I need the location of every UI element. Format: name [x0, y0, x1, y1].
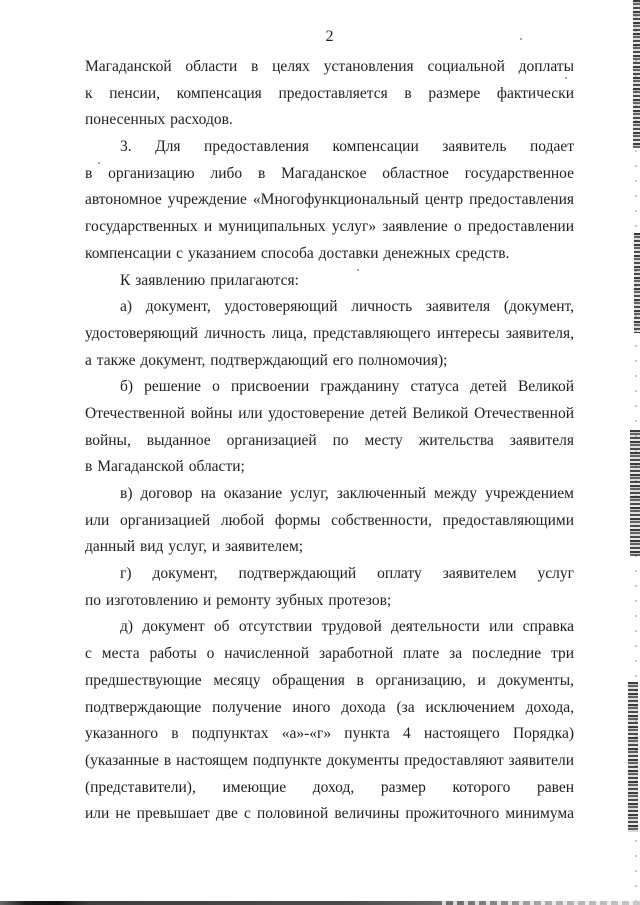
paragraph: а) документ, удостоверяющий личность зая… [85, 294, 574, 374]
text-line: в организацию либо в Магаданское областн… [85, 161, 574, 188]
text-line: (указанные в настоящем подпункте докумен… [85, 748, 574, 775]
text-line: подтверждающие получение иного дохода (з… [85, 695, 574, 722]
text-line: а также документ, подтверждающий его пол… [85, 348, 574, 375]
text-line: К заявлению прилагаются: [85, 268, 574, 295]
text-line: удостоверяющий личность лица, представля… [85, 321, 574, 348]
text-line: государственных и муниципальных услуг» з… [85, 214, 574, 241]
text-line: предшествующие месяцу обращения в органи… [85, 668, 574, 695]
scan-speck [565, 77, 567, 79]
text-line: в Магаданской области; [85, 454, 574, 481]
page-number: 2 [85, 28, 574, 46]
text-line: б) решение о присвоении гражданину стату… [85, 374, 574, 401]
paragraph: 3. Для предоставления компенсации заявит… [85, 134, 574, 267]
paragraph: д) документ об отсутствии трудовой деяте… [85, 614, 574, 828]
document-page: 2 Магаданской области в целях установлен… [0, 0, 640, 905]
text-line: понесенных расходов. [85, 107, 574, 134]
text-line: а) документ, удостоверяющий личность зая… [85, 294, 574, 321]
scan-artifact-right-band-1 [633, 0, 640, 148]
scan-artifact-right-band-2 [634, 233, 640, 333]
text-line: указанного в подпунктах «а»-«г» пункта 4… [85, 721, 574, 748]
text-line: автономное учреждение «Многофункциональн… [85, 187, 574, 214]
text-line: с места работы о начисленной заработной … [85, 641, 574, 668]
scan-artifact-right-band-3 [630, 430, 640, 556]
paragraph: б) решение о присвоении гражданину стату… [85, 374, 574, 481]
text-line: г) документ, подтверждающий оплату заяви… [85, 561, 574, 588]
paragraph: К заявлению прилагаются: [85, 268, 574, 295]
text-line: Отечественной войны или удостоверение де… [85, 401, 574, 428]
text-line: или не превышает две с половиной величин… [85, 801, 574, 828]
text-line: данный вид услуг, и заявителем; [85, 534, 574, 561]
scan-speck [520, 38, 522, 40]
text-line: (представители), имеющие доход, размер к… [85, 775, 574, 802]
paragraph: Магаданской области в целях установления… [85, 54, 574, 134]
text-line: в) договор на оказание услуг, заключенны… [85, 481, 574, 508]
paragraph: г) документ, подтверждающий оплату заяви… [85, 561, 574, 614]
text-line: по изготовлению и ремонту зубных протезо… [85, 588, 574, 615]
scan-speck [231, 147, 233, 149]
scan-speck [357, 269, 359, 271]
paragraph: в) договор на оказание услуг, заключенны… [85, 481, 574, 561]
document-body: Магаданской области в целях установления… [85, 54, 574, 828]
text-line: д) документ об отсутствии трудовой деяте… [85, 614, 574, 641]
text-line: компенсации с указанием способа доставки… [85, 241, 574, 268]
text-line: к пенсии, компенсация предоставляется в … [85, 81, 574, 108]
scan-artifact-bottom-edge [0, 901, 640, 905]
scan-artifact-right-band-4 [628, 682, 638, 832]
text-line: или организацией любой формы собственнос… [85, 508, 574, 535]
text-line: войны, выданное организацией по месту жи… [85, 428, 574, 455]
text-line: Магаданской области в целях установления… [85, 54, 574, 81]
text-line: 3. Для предоставления компенсации заявит… [85, 134, 574, 161]
scan-speck [98, 162, 100, 164]
